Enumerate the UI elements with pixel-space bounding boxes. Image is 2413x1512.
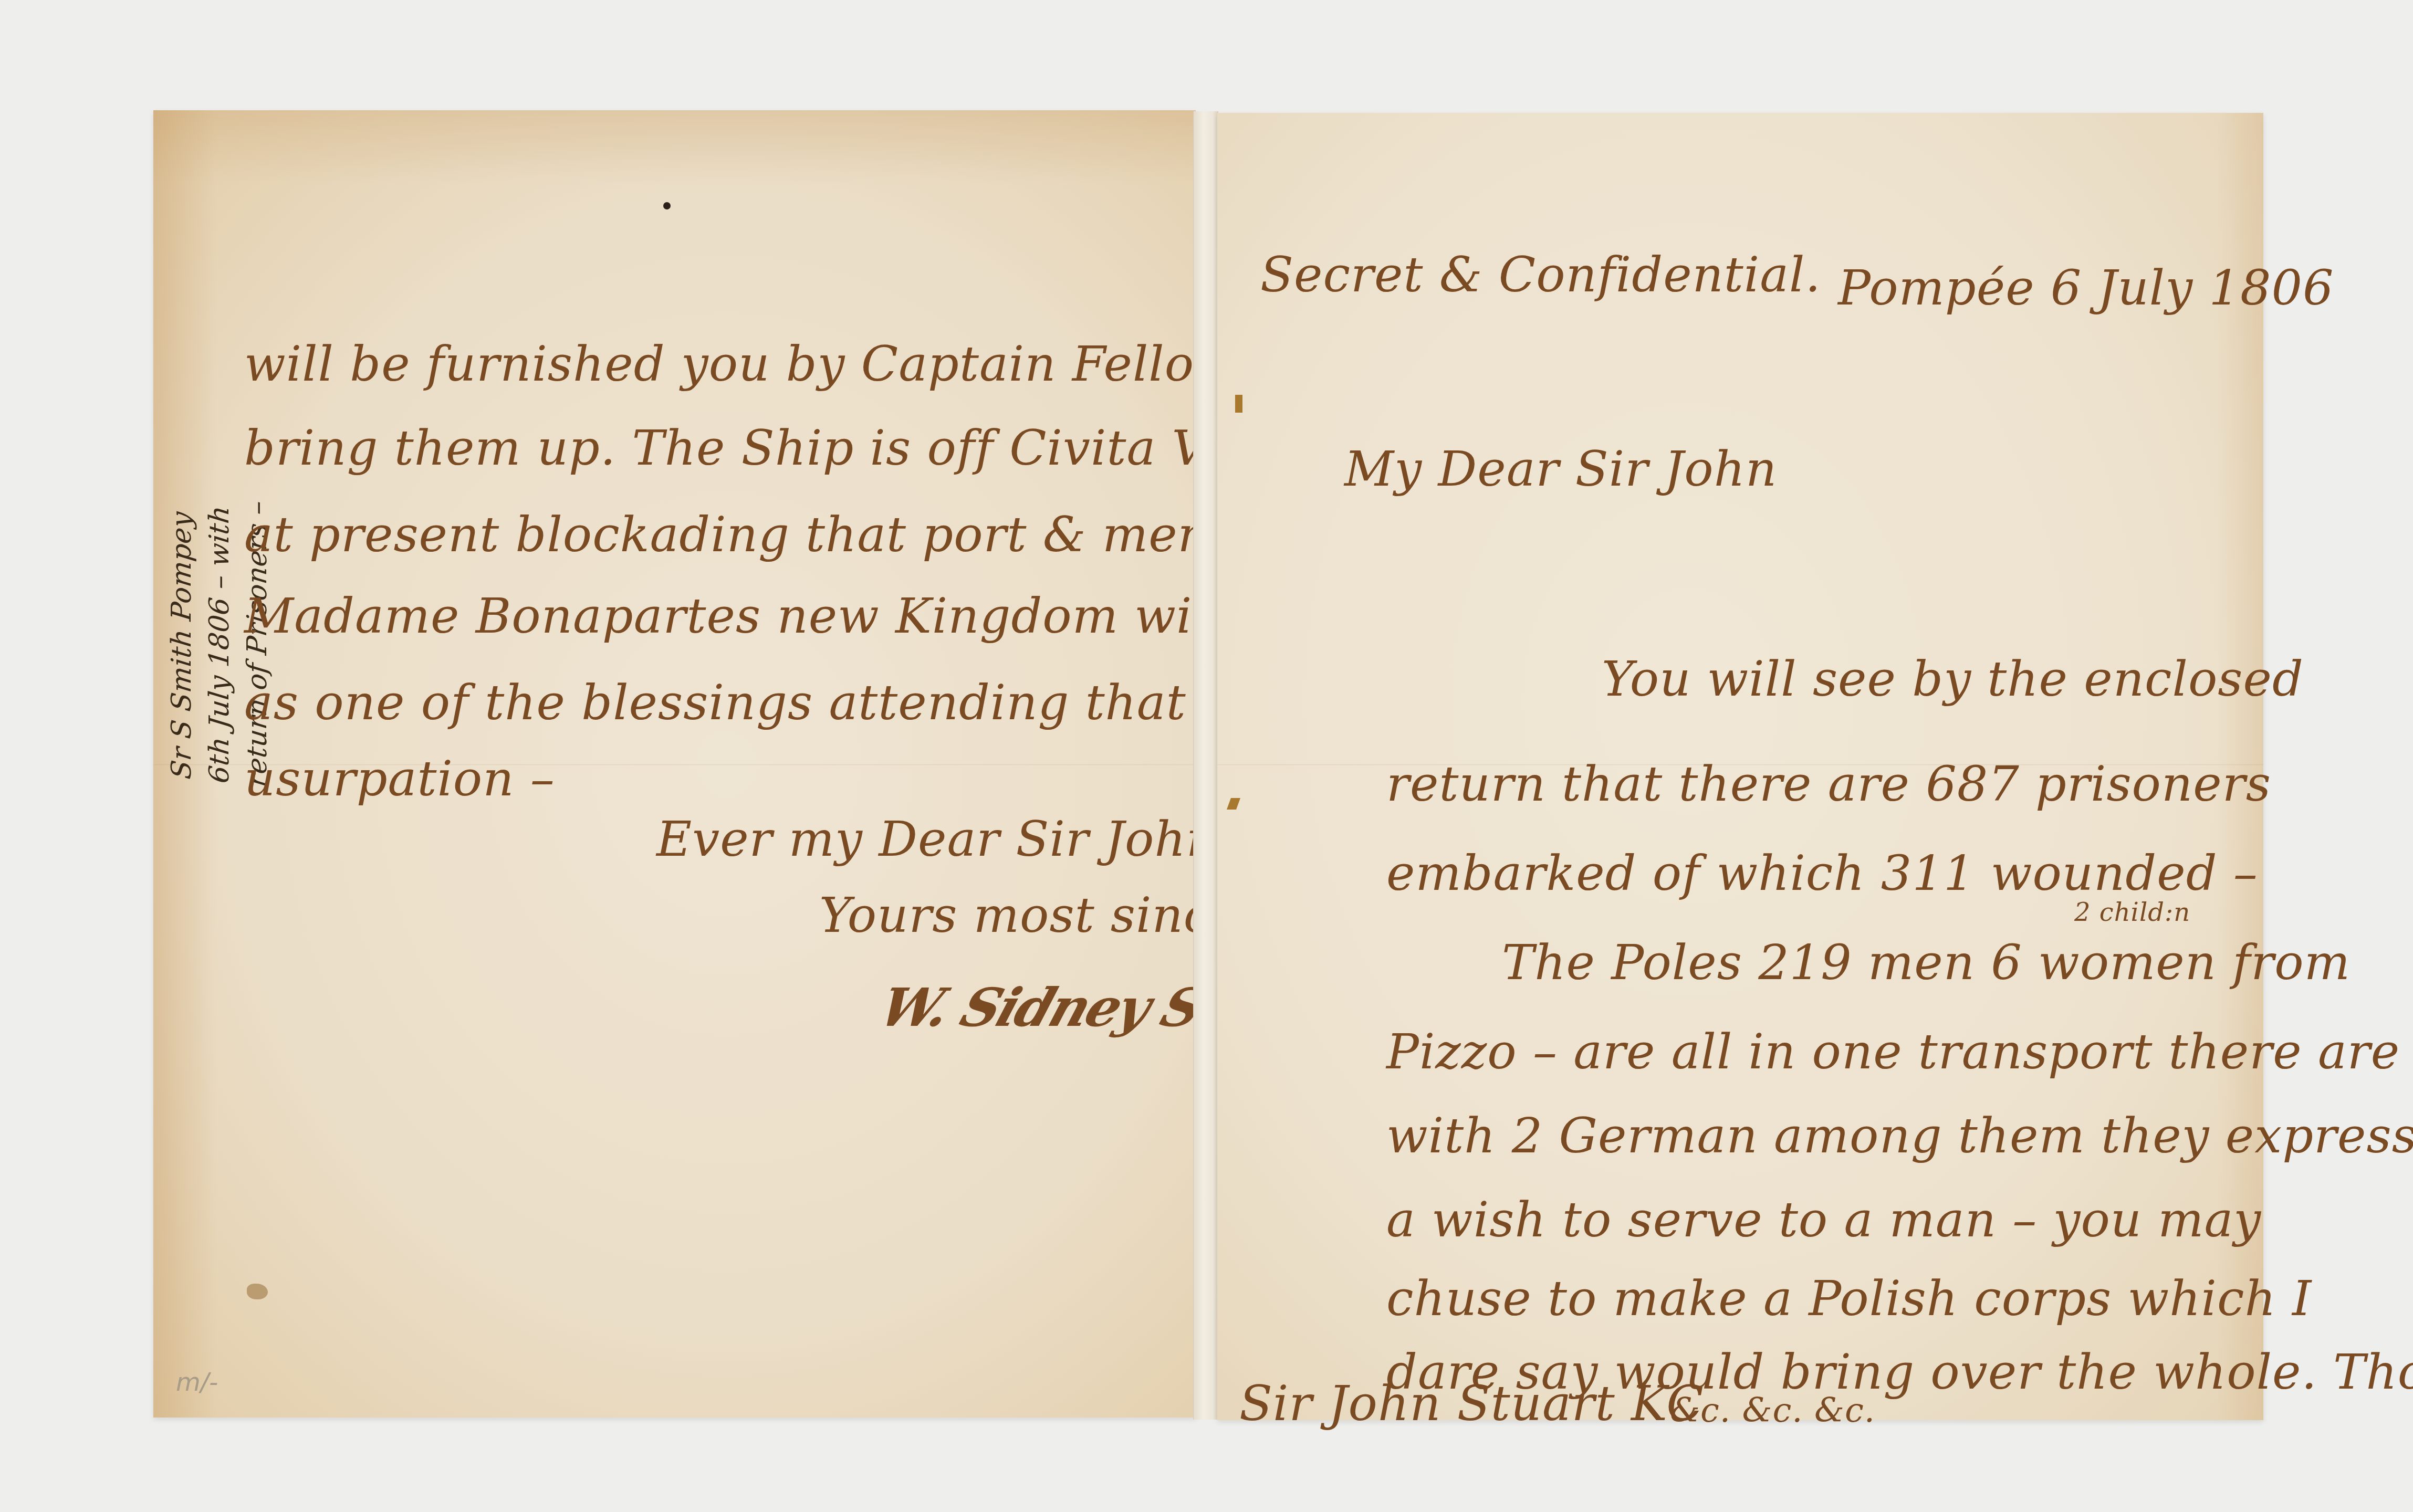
pencil-mark: m/- bbox=[176, 1368, 218, 1397]
heading-place-date: Pompée 6 July 1806 bbox=[1838, 260, 2334, 316]
closing-line-1: Ever my Dear Sir John bbox=[656, 811, 1218, 867]
right-body-line-7: a wish to serve to a man – you may bbox=[1386, 1192, 2261, 1248]
right-body-line-3: embarked of which 311 wounded – bbox=[1386, 845, 2258, 901]
docket-line-1: Sr S Smith Pompey bbox=[163, 491, 201, 781]
left-body-line-1: will be furnished you by Captain Fellowe… bbox=[244, 336, 1356, 392]
center-hinge-strip bbox=[1193, 111, 1218, 1420]
addressee: Sir John Stuart KC bbox=[1239, 1375, 1704, 1432]
ink-stain bbox=[247, 1284, 268, 1299]
docket-line-2: 6th July 1806 – with bbox=[201, 495, 238, 785]
ink-dot bbox=[663, 202, 671, 209]
left-body-line-3: at present blockading that port & menaci… bbox=[244, 507, 1345, 563]
insert-children: 2 child:n bbox=[2074, 898, 2190, 927]
right-body-line-1: You will see by the enclosed bbox=[1602, 651, 2304, 707]
right-body-line-6: with 2 German among them they express bbox=[1386, 1108, 2413, 1164]
addressee-suffix: &c. &c. &c. bbox=[1670, 1391, 1875, 1430]
left-body-line-5: as one of the blessings attending that bbox=[244, 675, 1186, 731]
left-body-line-6: usurpation – bbox=[244, 751, 555, 807]
right-body-line-5: Pizzo – are all in one transport there a… bbox=[1386, 1024, 2400, 1080]
right-body-line-8: chuse to make a Polish corps which I bbox=[1386, 1270, 2312, 1327]
right-body-line-4: The Poles 219 men 6 women from bbox=[1502, 934, 2351, 991]
salutation: My Dear Sir John bbox=[1344, 441, 1777, 497]
heading-secret-confidential: Secret & Confidential. bbox=[1260, 247, 1821, 303]
right-body-line-2: return that there are 687 prisoners bbox=[1386, 756, 2271, 812]
tab-mark-top bbox=[1235, 395, 1242, 413]
